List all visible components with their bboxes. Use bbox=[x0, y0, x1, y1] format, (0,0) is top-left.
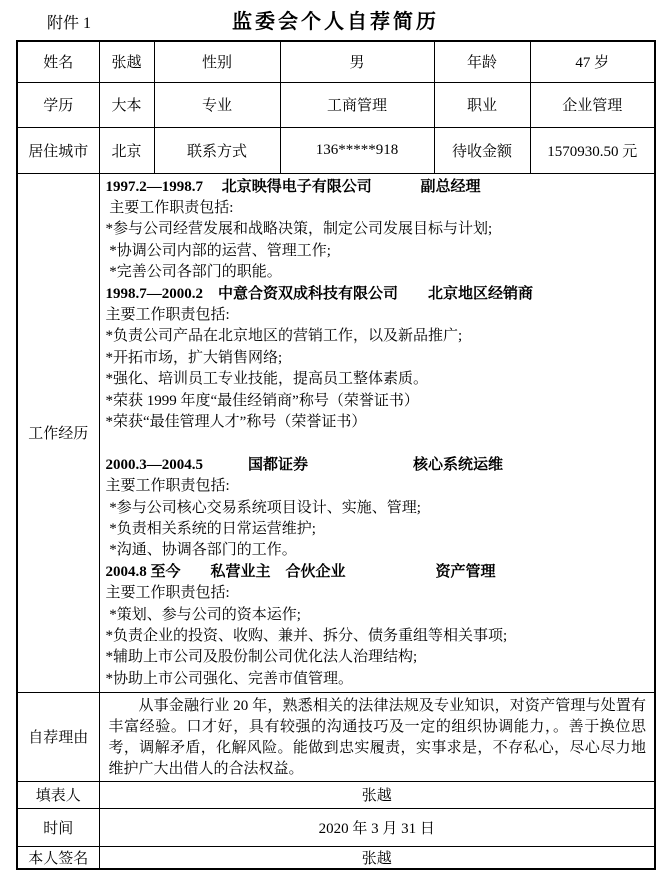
page-title: 监委会个人自荐简历 bbox=[0, 5, 671, 34]
education-label: 学历 bbox=[17, 82, 99, 127]
filler-value: 张越 bbox=[99, 781, 655, 808]
work-line: 主要工作职责包括: bbox=[106, 583, 651, 604]
city-label: 居住城市 bbox=[17, 127, 99, 173]
major-value: 工商管理 bbox=[280, 82, 434, 127]
work-experience-label: 工作经历 bbox=[17, 173, 99, 692]
document-header: 附件 1 监委会个人自荐简历 bbox=[0, 0, 671, 40]
work-line: *负责公司产品在北京地区的营销工作，以及新品推广; bbox=[106, 326, 651, 347]
work-line: 2000.3—2004.5 国都证券 核心系统运维 bbox=[106, 455, 651, 476]
work-line: *参与公司核心交易系统项目设计、实施、管理; bbox=[106, 498, 651, 519]
major-label: 专业 bbox=[154, 82, 280, 127]
work-line: *强化、培训员工专业技能，提高员工整体素质。 bbox=[106, 369, 651, 390]
signature-value: 张越 bbox=[99, 846, 655, 869]
work-line: *参与公司经营发展和战略决策，制定公司发展目标与计划; bbox=[106, 219, 651, 240]
work-line: 1998.7—2000.2 中意合资双成科技有限公司 北京地区经销商 bbox=[106, 284, 651, 305]
table-row: 本人签名 张越 bbox=[17, 846, 655, 869]
filler-label: 填表人 bbox=[17, 781, 99, 808]
gender-value: 男 bbox=[280, 41, 434, 82]
contact-label: 联系方式 bbox=[154, 127, 280, 173]
recommendation-content: 从事金融行业 20 年，熟悉相关的法律法规及专业知识，对资产管理与处置有丰富经验… bbox=[99, 692, 655, 781]
table-row: 时间 2020 年 3 月 31 日 bbox=[17, 808, 655, 846]
table-row: 姓名 张越 性别 男 年龄 47 岁 bbox=[17, 41, 655, 82]
date-label: 时间 bbox=[17, 808, 99, 846]
work-line: *沟通、协调各部门的工作。 bbox=[106, 540, 651, 561]
name-value: 张越 bbox=[99, 41, 154, 82]
work-line: 主要工作职责包括: bbox=[106, 305, 651, 326]
work-line: *协助上市公司强化、完善市值管理。 bbox=[106, 669, 651, 690]
work-line: 1997.2—1998.7 北京映得电子有限公司 副总经理 bbox=[106, 177, 651, 198]
work-line: *协调公司内部的运营、管理工作; bbox=[106, 241, 651, 262]
recommendation-text: 从事金融行业 20 年，熟悉相关的法律法规及专业知识，对资产管理与处置有丰富经验… bbox=[109, 696, 647, 781]
work-line: *荣获 1999 年度“最佳经销商”称号（荣誉证书） bbox=[106, 391, 651, 412]
work-line: 2004.8 至今 私营业主 合伙企业 资产管理 bbox=[106, 562, 651, 583]
date-value: 2020 年 3 月 31 日 bbox=[99, 808, 655, 846]
amount-value: 1570930.50 元 bbox=[530, 127, 655, 173]
resume-table: 姓名 张越 性别 男 年龄 47 岁 学历 大本 专业 工商管理 职业 企业管理… bbox=[16, 40, 656, 870]
work-line: *开拓市场，扩大销售网络; bbox=[106, 348, 651, 369]
occupation-value: 企业管理 bbox=[530, 82, 655, 127]
work-experience-content: 1997.2—1998.7 北京映得电子有限公司 副总经理 主要工作职责包括:*… bbox=[99, 173, 655, 692]
age-value: 47 岁 bbox=[530, 41, 655, 82]
education-value: 大本 bbox=[99, 82, 154, 127]
city-value: 北京 bbox=[99, 127, 154, 173]
gender-label: 性别 bbox=[154, 41, 280, 82]
work-line: *荣获“最佳管理人才”称号（荣誉证书） bbox=[106, 412, 651, 433]
contact-value: 136*****918 bbox=[280, 127, 434, 173]
table-row: 学历 大本 专业 工商管理 职业 企业管理 bbox=[17, 82, 655, 127]
work-experience-row: 工作经历 1997.2—1998.7 北京映得电子有限公司 副总经理 主要工作职… bbox=[17, 173, 655, 692]
name-label: 姓名 bbox=[17, 41, 99, 82]
resume-document-page: 附件 1 监委会个人自荐简历 姓名 张越 性别 男 年龄 47 岁 学历 大本 … bbox=[0, 0, 671, 879]
age-label: 年龄 bbox=[434, 41, 530, 82]
work-line: *辅助上市公司及股份制公司优化法人治理结构; bbox=[106, 647, 651, 668]
work-line: *策划、参与公司的资本运作; bbox=[106, 605, 651, 626]
recommendation-row: 自荐理由 从事金融行业 20 年，熟悉相关的法律法规及专业知识，对资产管理与处置… bbox=[17, 692, 655, 781]
work-line bbox=[106, 433, 651, 454]
work-experience-lines: 1997.2—1998.7 北京映得电子有限公司 副总经理 主要工作职责包括:*… bbox=[106, 177, 651, 691]
table-row: 居住城市 北京 联系方式 136*****918 待收金额 1570930.50… bbox=[17, 127, 655, 173]
recommendation-label: 自荐理由 bbox=[17, 692, 99, 781]
work-line: *完善公司各部门的职能。 bbox=[106, 262, 651, 283]
table-row: 填表人 张越 bbox=[17, 781, 655, 808]
work-line: *负责企业的投资、收购、兼并、拆分、债务重组等相关事项; bbox=[106, 626, 651, 647]
occupation-label: 职业 bbox=[434, 82, 530, 127]
work-line: *负责相关系统的日常运营维护; bbox=[106, 519, 651, 540]
amount-label: 待收金额 bbox=[434, 127, 530, 173]
work-line: 主要工作职责包括: bbox=[106, 198, 651, 219]
signature-label: 本人签名 bbox=[17, 846, 99, 869]
work-line: 主要工作职责包括: bbox=[106, 476, 651, 497]
